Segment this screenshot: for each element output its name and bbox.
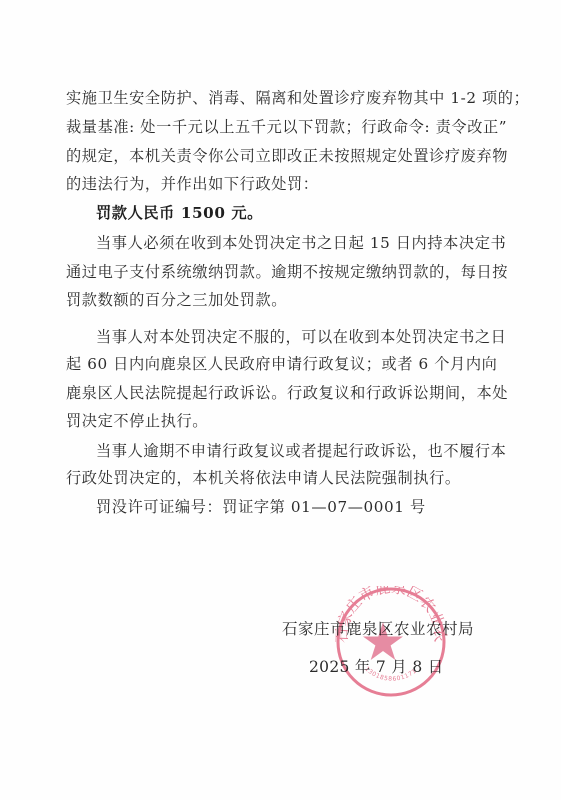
enforcement-paragraph-line-1: 当事人逾期不申请行政复议或者提起行政诉讼，也不履行本 — [96, 441, 506, 461]
body-line-2: 裁量基准: 处一千元以上五千元以下罚款；行政命令: 责令改正” — [66, 117, 507, 137]
body-line-4: 的违法行为，并作出如下行政处罚： — [66, 174, 319, 194]
payment-paragraph-line-3: 罚款数额的百分之三加处罚款。 — [66, 290, 287, 310]
appeal-paragraph-line-2: 起 60 日内向鹿泉区人民政府申请行政复议；或者 6 个月内向 — [66, 354, 497, 374]
body-line-3: 的规定，本机关责令你公司立即改正未按照规定处置诊疗废弃物 — [66, 146, 508, 166]
seal-ring-text: 石家庄市鹿泉区农业农村局 — [334, 586, 448, 643]
seal-number: 1301858601171 — [363, 665, 418, 682]
appeal-paragraph-line-3: 鹿泉区人民法院提起行政诉讼。行政复议和行政诉讼期间，本处 — [66, 383, 508, 403]
seal-star-icon — [363, 622, 403, 660]
payment-paragraph-line-2: 通过电子支付系统缴纳罚款。逾期不按规定缴纳罚款的，每日按 — [66, 262, 508, 282]
appeal-paragraph-line-4: 罚决定不停止执行。 — [66, 411, 208, 431]
payment-paragraph-line-1: 当事人必须在收到本处罚决定书之日起 15 日内持本决定书 — [96, 233, 506, 253]
official-seal-icon: 石家庄市鹿泉区农业农村局 1301858601171 — [334, 586, 448, 698]
document-page: 实施卫生安全防护、消毒、隔离和处置诊疗废弃物其中 1-2 项的； 裁量基准: 处… — [0, 0, 561, 800]
appeal-paragraph-line-1: 当事人对本处罚决定不服的，可以在收到本处罚决定书之日 — [96, 327, 506, 347]
permit-number: 罚没许可证编号：罚证字第 01—07—0001 号 — [96, 497, 426, 517]
body-line-1: 实施卫生安全防护、消毒、隔离和处置诊疗废弃物其中 1-2 项的； — [66, 88, 529, 108]
enforcement-paragraph-line-2: 行政处罚决定的，本机关将依法申请人民法院强制执行。 — [66, 468, 461, 488]
fine-amount: 罚款人民币 1500 元。 — [96, 203, 263, 223]
